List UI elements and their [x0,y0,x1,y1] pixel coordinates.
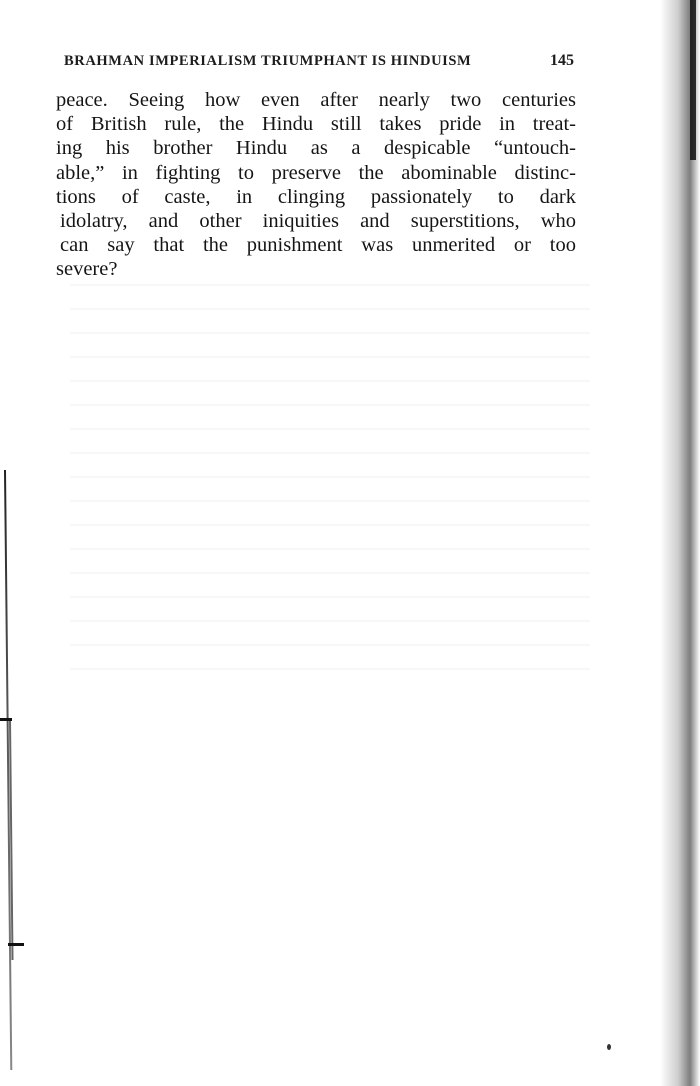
body-paragraph: peace. Seeing how even after nearly two … [56,88,576,282]
text-line: can say that the punishment was unmerite… [56,233,576,257]
text-line: idolatry, and other iniquities and super… [56,209,576,233]
page-number: 145 [550,52,574,70]
text-line: severe? [56,257,576,281]
book-page: BRAHMAN IMPERIALISM TRIUMPHANT IS HINDUI… [0,0,700,1086]
ink-speck [607,1044,611,1050]
binding-stitch [8,943,24,946]
running-head: BRAHMAN IMPERIALISM TRIUMPHANT IS HINDUI… [64,52,574,70]
reverse-side-bleed-through [70,268,590,688]
binding-shadow-right [660,0,700,1086]
text-line: of British rule, the Hindu still takes p… [56,112,576,136]
binding-edge-dark [690,0,696,160]
text-line: peace. Seeing how even after nearly two … [56,88,576,112]
text-line: able,” in fighting to preserve the abomi… [56,161,576,185]
running-head-title: BRAHMAN IMPERIALISM TRIUMPHANT IS HINDUI… [64,53,471,70]
binding-stitch [0,718,12,721]
text-line: tions of caste, in clinging passionately… [56,185,576,209]
text-line: ing his brother Hindu as a despicable “u… [56,136,576,160]
